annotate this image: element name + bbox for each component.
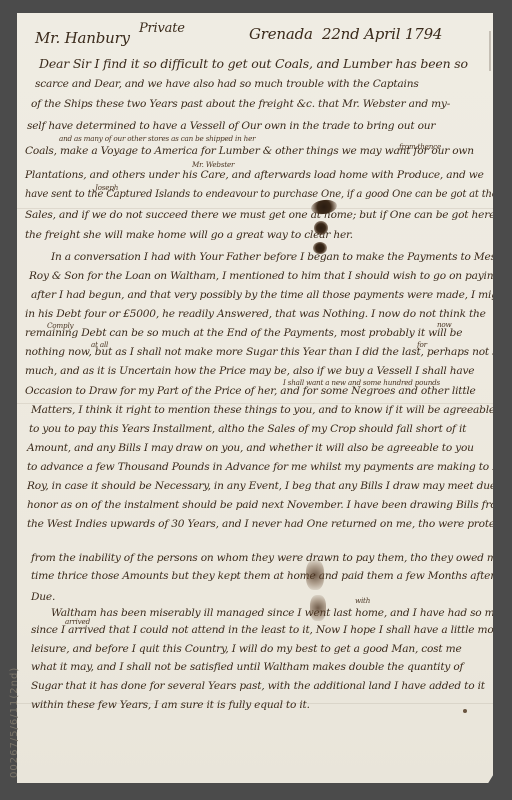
ink-stain <box>310 595 326 621</box>
ink-blot <box>313 242 327 254</box>
paper-speck <box>463 709 467 713</box>
letter-body <box>17 13 493 783</box>
ink-blot <box>314 221 328 235</box>
ink-stain <box>306 560 324 590</box>
archive-reference-stamp: 00267/5/6/11(2nd) <box>9 678 25 778</box>
